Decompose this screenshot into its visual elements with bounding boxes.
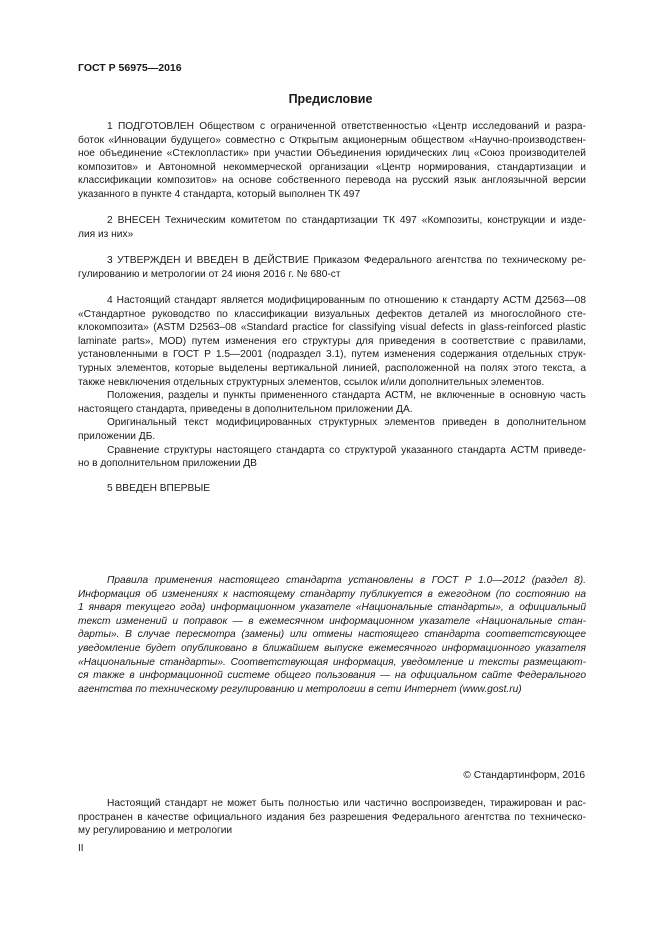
text-line: указанного в пункте 4 стандарта, который…	[78, 188, 586, 202]
text-line: лия из них»	[78, 228, 586, 242]
text-line: 3 УТВЕРЖДЕН И ВВЕДЕН В ДЕЙСТВИЕ Приказом…	[78, 254, 586, 268]
text-line: «Национальные стандарты». Соответствующа…	[78, 656, 586, 670]
text-line: также невключения отдельных структурных …	[78, 376, 586, 390]
section-2-submitted: 2 ВНЕСЕН Техническим комитетом по станда…	[78, 214, 586, 241]
text-line: Сравнение структуры настоящего стандарта…	[78, 444, 586, 458]
page-number: II	[78, 843, 84, 854]
text-line: пространен в качестве официального издан…	[78, 811, 586, 825]
text-line: дарты». В случае пересмотра (замены) или…	[78, 628, 586, 642]
text-line: 5 ВВЕДЕН ВПЕРВЫЕ	[78, 482, 586, 496]
section-1-prepared: 1 ПОДГОТОВЛЕН Обществом с ограниченной о…	[78, 120, 586, 202]
text-line: му регулированию и метрологии	[78, 824, 586, 838]
text-line: 4 Настоящий стандарт является модифициро…	[78, 294, 586, 308]
text-line: 1 ПОДГОТОВЛЕН Обществом с ограниченной о…	[78, 120, 586, 134]
text-line: композитов» и Автономной некоммерческой …	[78, 161, 586, 175]
text-line: но в дополнительном приложении ДВ	[78, 457, 586, 471]
document-page: ГОСТ Р 56975—2016 Предисловие 1 ПОДГОТОВ…	[0, 0, 661, 936]
text-line: Настоящий стандарт не может быть полност…	[78, 797, 586, 811]
text-line: ное объединение «Стеклопластик» при учас…	[78, 147, 586, 161]
section-5-first-introduced: 5 ВВЕДЕН ВПЕРВЫЕ	[78, 482, 586, 496]
text-line: боток «Инновации будущего» совместно с О…	[78, 134, 586, 148]
text-line: уведомление будет опубликовано в ближайш…	[78, 642, 586, 656]
text-line: Положения, разделы и пункты примененного…	[78, 389, 586, 403]
text-line: 2 ВНЕСЕН Техническим комитетом по станда…	[78, 214, 586, 228]
copyright: © Стандартинформ, 2016	[463, 770, 585, 781]
section-4-modified: 4 Настоящий стандарт является модифициро…	[78, 294, 586, 471]
section-3-approved: 3 УТВЕРЖДЕН И ВВЕДЕН В ДЕЙСТВИЕ Приказом…	[78, 254, 586, 281]
rules-notice: Правила применения настоящего стандарта …	[78, 574, 586, 696]
text-line: текст изменений и поправок — в ежемесячн…	[78, 615, 586, 629]
text-line: laminate parts», MOD) путем изменения ег…	[78, 335, 586, 349]
text-line: установленными в ГОСТ Р 1.5—2001 (подраз…	[78, 348, 586, 362]
text-line: классификации композитов» на основе собс…	[78, 174, 586, 188]
text-line: 1 января текущего года) информационном у…	[78, 601, 586, 615]
text-line: Информация об изменениях к настоящему ст…	[78, 588, 586, 602]
text-line: ся также в информационной системе общего…	[78, 669, 586, 683]
text-line: турных элементов, которые выделены верти…	[78, 362, 586, 376]
reproduction-notice: Настоящий стандарт не может быть полност…	[78, 797, 586, 838]
page-title: Предисловие	[0, 92, 661, 106]
text-line: Правила применения настоящего стандарта …	[78, 574, 586, 588]
text-line: клокомпозита» (ASTM D2563–08 «Standard p…	[78, 321, 586, 335]
text-line: настоящего стандарта, приведены в дополн…	[78, 403, 586, 417]
text-line: агентства по техническому регулированию …	[78, 683, 586, 697]
text-line: Оригинальный текст модифицированных стру…	[78, 416, 586, 430]
document-id: ГОСТ Р 56975—2016	[78, 62, 182, 74]
text-line: приложении ДБ.	[78, 430, 586, 444]
text-line: гулированию и метрологии от 24 июня 2016…	[78, 268, 586, 282]
text-line: «Стандартное руководство по классификаци…	[78, 308, 586, 322]
